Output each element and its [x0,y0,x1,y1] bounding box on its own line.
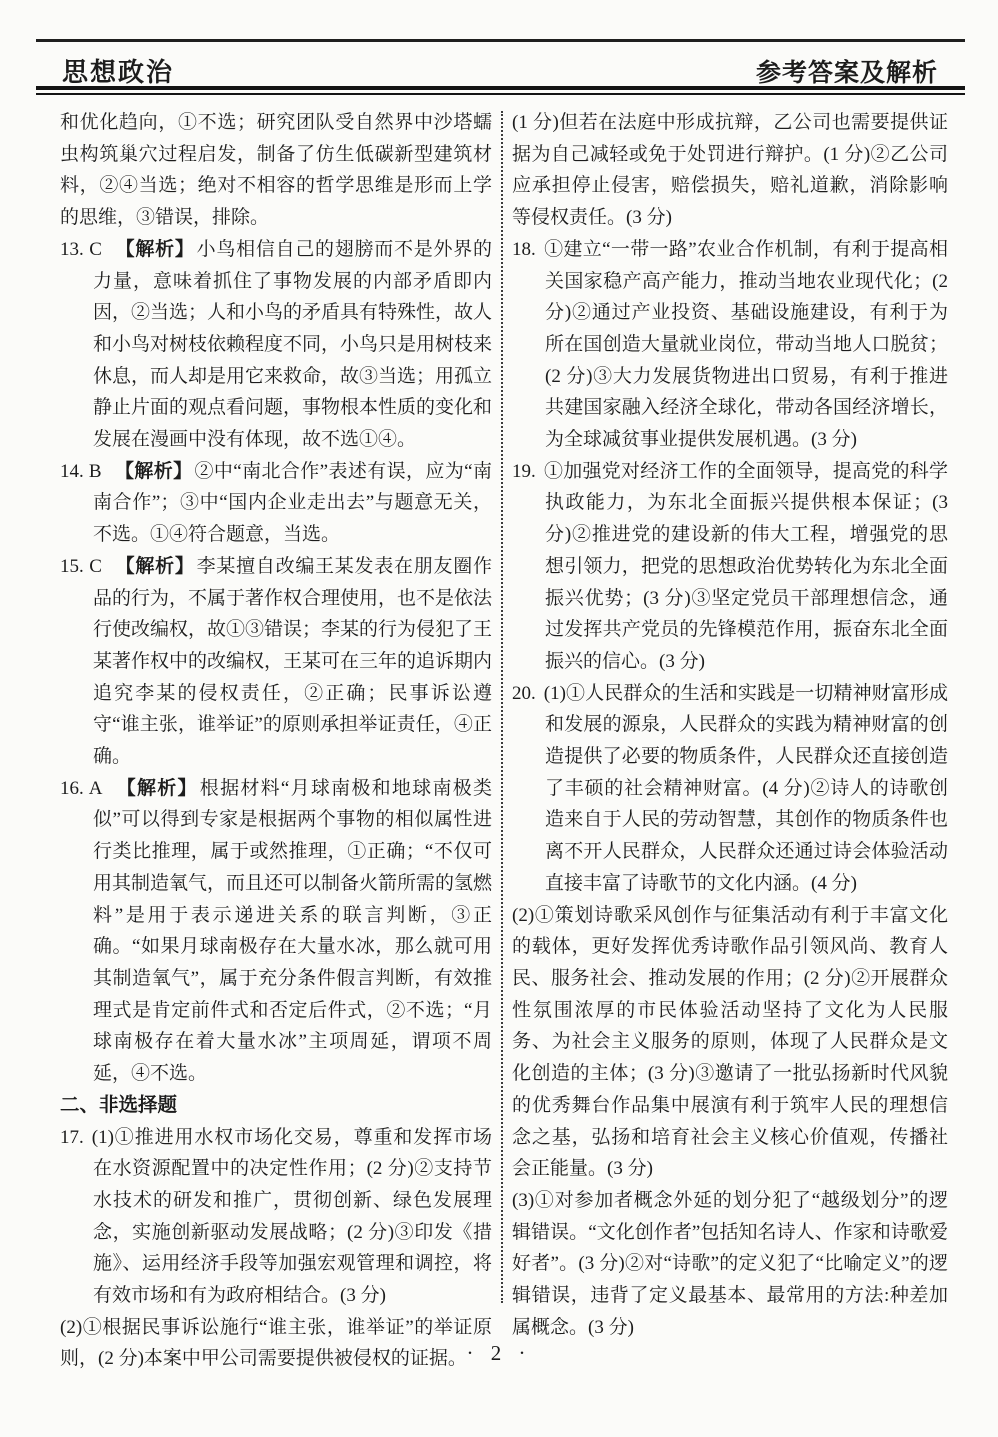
page-header: 思想政治 参考答案及解析 [62,52,938,89]
answer-item-17: 17.(1)①推进用水权市场化交易，尊重和发挥市场在水资源配置中的决定性作用；(… [60,1122,492,1312]
page-number: · 2 · [0,1341,998,1366]
answer-text-20-part2: (2)①策划诗歌采风创作与征集活动有利于丰富文化的载体，更好发挥优秀诗歌作品引领… [512,900,948,1185]
subject-title: 思想政治 [62,52,174,89]
answer-text-20-part1: (1)①人民群众的生活和实践是一切精神财富形成和发展的源泉，人民群众的实践为精神… [544,683,948,894]
analysis-tag: 【解析】 [115,556,195,577]
answer-text-20-part3: (3)①对参加者概念外延的划分犯了“越级划分”的逻辑错误。“文化创作者”包括知名… [512,1185,948,1344]
answer-item-15: 15. C【解析】李某擅自改编王某发表在朋友圈作品的行为，不属于著作权合理使用，… [60,551,492,773]
column-divider [492,107,512,1375]
answer-text-16: 根据材料“月球南极和地球南极类似”可以得到专家是根据两个事物的相似属性进行类比推… [93,778,492,1084]
analysis-tag: 【解析】 [115,461,193,482]
answer-text-15: 李某擅自改编王某发表在朋友圈作品的行为，不属于著作权合理使用，也不是依法行使改编… [93,556,492,767]
answer-number-17: 17. [60,1127,84,1148]
header-title: 参考答案及解析 [756,53,938,89]
answer-item-16: 16. A【解析】根据材料“月球南极和地球南极类似”可以得到专家是根据两个事物的… [60,773,492,1090]
analysis-tag: 【解析】 [115,778,197,799]
top-rule [36,39,965,42]
header-double-rule-top [36,86,965,90]
answer-sheet-page: 思想政治 参考答案及解析 和优化趋向，①不选；研究团队受自然界中沙塔蠕虫构筑巢穴… [0,0,998,1437]
answer-continuation-17: (1 分)但若在法庭中形成抗辩，乙公司也需要提供证据为自己减轻或免于处罚进行辩护… [512,107,948,234]
right-column: (1 分)但若在法庭中形成抗辩，乙公司也需要提供证据为自己减轻或免于处罚进行辩护… [512,107,948,1375]
analysis-tag: 【解析】 [115,239,195,260]
answer-text-13: 小鸟相信自己的翅膀而不是外界的力量，意味着抓住了事物发展的内部矛盾即内因，②当选… [93,239,492,450]
answer-text-18: ①建立“一带一路”农业合作机制，有利于提高相关国家稳产高产能力，推动当地农业现代… [544,239,948,450]
answer-number-15: 15. C [60,556,102,577]
left-column: 和优化趋向，①不选；研究团队受自然界中沙塔蠕虫构筑巢穴过程启发，制备了仿生低碳新… [60,107,492,1375]
answer-number-20: 20. [512,683,536,704]
answer-text-17-part1: (1)①推进用水权市场化交易，尊重和发挥市场在水资源配置中的决定性作用；(2 分… [92,1127,492,1307]
answer-number-14: 14. B [60,461,102,482]
answer-item-18: 18.①建立“一带一路”农业合作机制，有利于提高相关国家稳产高产能力，推动当地农… [512,234,948,456]
answer-item-19: 19.①加强党对经济工作的全面领导，提高党的科学执政能力，为东北全面振兴提供根本… [512,456,948,678]
answer-item-14: 14. B【解析】②中“南北合作”表述有误，应为“南南合作”；③中“国内企业走出… [60,456,492,551]
answer-text-19: ①加强党对经济工作的全面领导，提高党的科学执政能力，为东北全面振兴提供根本保证；… [544,461,948,672]
answer-continuation-12: 和优化趋向，①不选；研究团队受自然界中沙塔蠕虫构筑巢穴过程启发，制备了仿生低碳新… [60,107,492,234]
answer-item-20: 20.(1)①人民群众的生活和实践是一切精神财富形成和发展的源泉，人民群众的实践… [512,678,948,900]
answer-number-19: 19. [512,461,536,482]
answer-number-13: 13. C [60,239,102,260]
content-columns: 和优化趋向，①不选；研究团队受自然界中沙塔蠕虫构筑巢穴过程启发，制备了仿生低碳新… [60,107,948,1375]
header-double-rule-bottom [36,93,965,95]
answer-number-18: 18. [512,239,536,260]
answer-item-13: 13. C【解析】小鸟相信自己的翅膀而不是外界的力量，意味着抓住了事物发展的内部… [60,234,492,456]
section-heading-non-choice: 二、非选择题 [60,1090,492,1122]
answer-number-16: 16. A [60,778,102,799]
